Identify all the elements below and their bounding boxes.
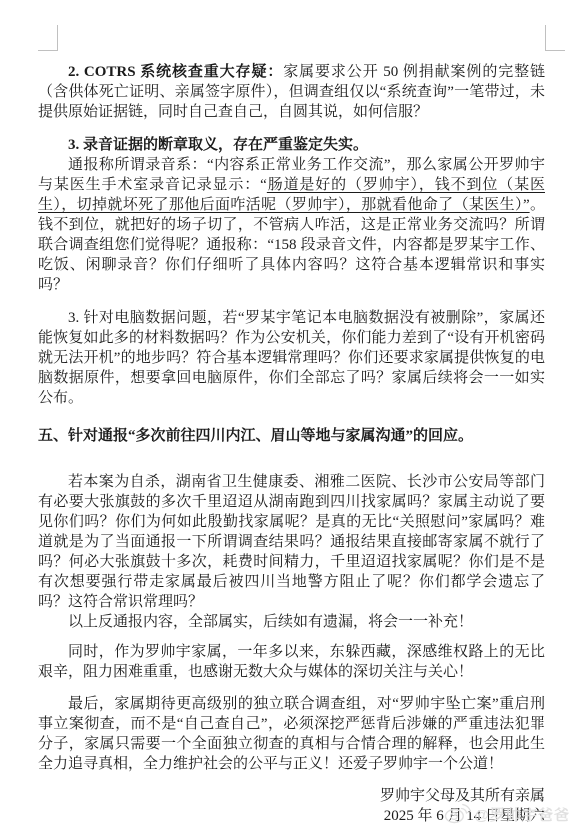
paragraph-closing-thanks: 同时，作为罗帅宇家属，一年多以来，东躲西藏，深感维权路上的无比艰辛，阻力困难重重… (38, 642, 545, 682)
document-body: 2. COTRS 系统核查重大存疑：家属要求公开 50 例捐献案例的完整链（含供… (38, 62, 545, 826)
paragraph-computer-data: 3. 针对电脑数据问题，若“罗某宇笔记本电脑数据没有被删除”，家属还能恢复如此多… (38, 308, 545, 408)
paragraph-cotrs-doubt: 2. COTRS 系统核查重大存疑：家属要求公开 50 例捐献案例的完整链（含供… (38, 62, 545, 122)
paragraph-recording: 通报称所谓录音系：“内容系正常业务工作交流”，那么家属公开罗帅宇与某医生手术室录… (38, 155, 545, 295)
paragraph-closing-appeal: 最后，家属期待更高级别的独立联合调查组，对“罗帅宇坠亡案”重启刑事立案彻查，而不… (38, 694, 545, 774)
weibo-watermark: @罗帅宇爸爸 (444, 801, 570, 828)
weibo-icon (444, 801, 471, 828)
paragraph-cotrs-lead: 2. COTRS 系统核查重大存疑： (68, 64, 283, 80)
margin-corner-mark-top-right (545, 25, 565, 51)
paragraph-section-five-body: 若本案为自杀，湖南省卫生健康委、湘雅二医院、长沙市公安局等部门有必要大张旗鼓的多… (38, 472, 545, 612)
weibo-handle: @罗帅宇爸爸 (474, 804, 570, 825)
heading-section-five: 五、针对通报“多次前往四川内江、眉山等地与家属沟通”的回应。 (38, 426, 545, 446)
margin-corner-mark-top-left (38, 25, 58, 51)
paragraph-closing-fact: 以上反通报内容，全部属实，后续如有遗漏，将会一一补充！ (38, 612, 545, 632)
heading-recording-evidence: 3. 录音证据的断章取义，存在严重鉴定失实。 (38, 135, 545, 155)
document-page: 2. COTRS 系统核查重大存疑：家属要求公开 50 例捐献案例的完整链（含供… (0, 0, 582, 834)
